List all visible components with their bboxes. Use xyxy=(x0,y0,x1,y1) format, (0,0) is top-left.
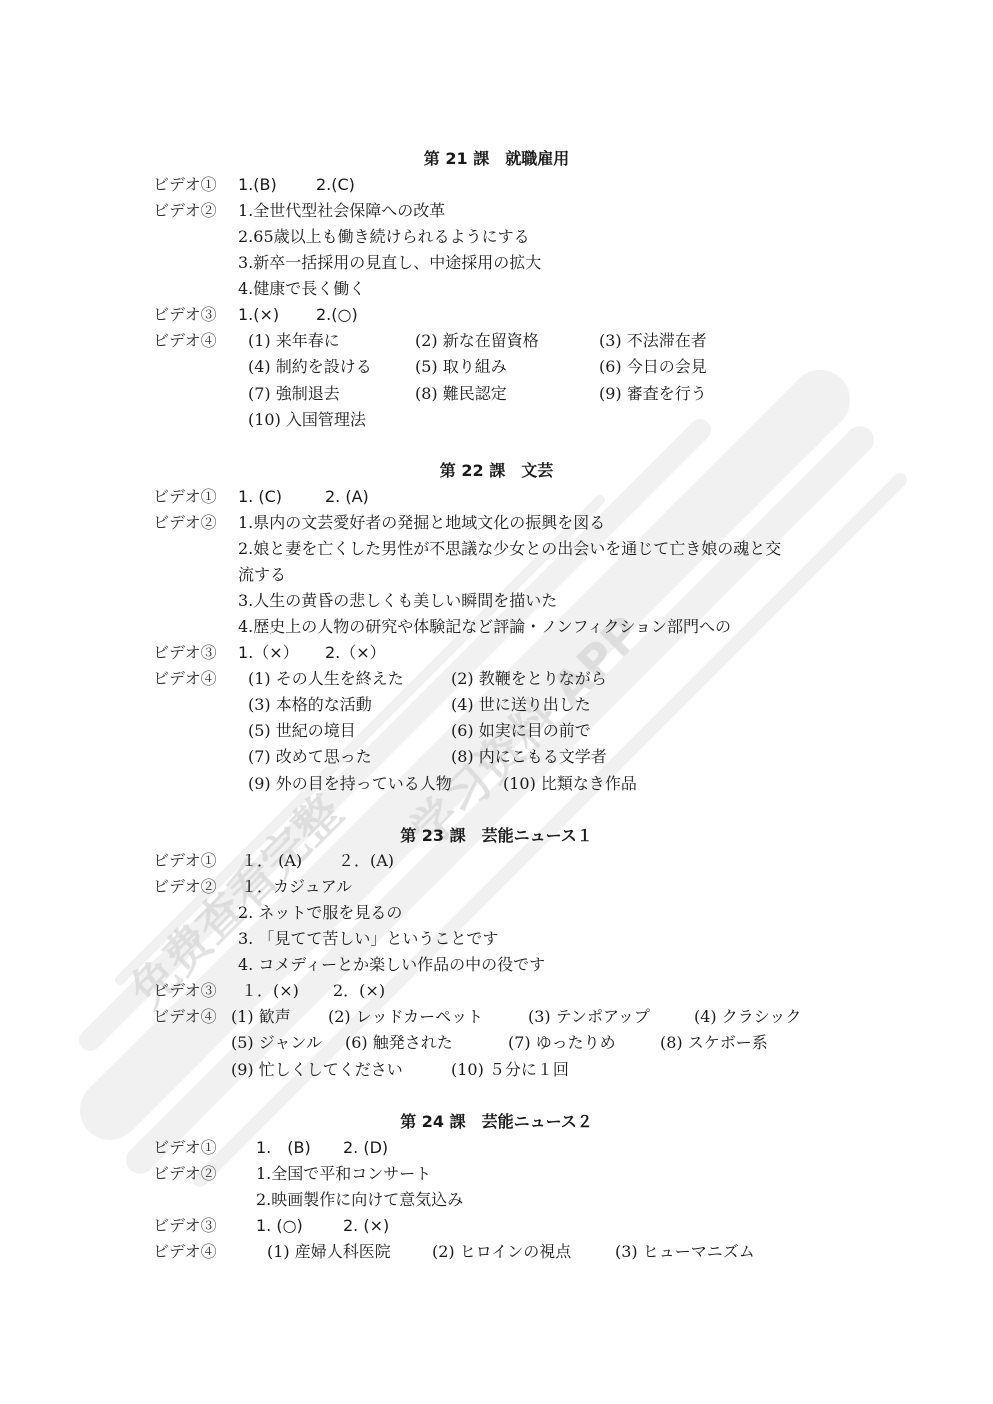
answer: １． (A) xyxy=(241,850,302,872)
answer: 2. (D) xyxy=(343,1137,388,1159)
vocab-item: (6) 今日の会見 xyxy=(599,356,707,378)
answer-item: 3.新卒一括採用の見直し、中途採用の拡大 xyxy=(238,252,541,274)
vocab-item: (7) ゆったりめ xyxy=(508,1032,616,1054)
lesson-number: 第 22 課 xyxy=(440,461,505,480)
answer: 1.(×) xyxy=(238,304,279,326)
vocab-item: (5) ジャンル xyxy=(231,1032,322,1054)
vocab-item: (1) 来年春に xyxy=(248,330,340,352)
answer-item-wrap: 流する xyxy=(238,564,286,586)
vocab-item: (7) 改めて思った xyxy=(248,746,372,768)
vocab-item: (6) 触発された xyxy=(345,1032,453,1054)
answer: 1. (○) xyxy=(256,1215,303,1237)
vocab-item: (2) 教鞭をとりながら xyxy=(451,668,607,690)
answer-item: 3.人生の黄昏の悲しくも美しい瞬間を描いた xyxy=(238,590,557,612)
answer-item: 2.娘と妻を亡くした男性が不思議な少女との出会いを通じて亡き娘の魂と交 xyxy=(238,538,781,560)
answer-item: １．カジュアル xyxy=(241,876,352,898)
video-label: ビデオ④ xyxy=(153,668,217,690)
lesson-title: 第 24 課芸能ニュース２ xyxy=(0,1112,993,1132)
answer-item: 1.全国で平和コンサート xyxy=(256,1163,431,1185)
video-label: ビデオ② xyxy=(153,1163,217,1185)
vocab-item: (8) 内にこもる文学者 xyxy=(451,746,607,768)
video-label: ビデオ① xyxy=(153,850,217,872)
lesson-title: 第 21 課就職雇用 xyxy=(0,149,993,169)
lesson-title: 第 22 課文芸 xyxy=(0,461,993,481)
vocab-item: (3) 本格的な活動 xyxy=(248,694,372,716)
answer: 2. (×) xyxy=(343,1215,389,1237)
vocab-item: (3) 不法滞在者 xyxy=(599,330,707,352)
answer: 2. (A) xyxy=(325,486,369,508)
answer-item: 2.映画製作に向けて意気込み xyxy=(256,1189,463,1211)
vocab-item: (10) 比類なき作品 xyxy=(503,773,637,795)
video-label: ビデオ④ xyxy=(153,330,217,352)
answer-item: 4. コメディーとか楽しい作品の中の役です xyxy=(238,954,545,976)
answer: 2.（×） xyxy=(325,642,386,664)
answer-item: 1.全世代型社会保障への改革 xyxy=(238,200,445,222)
vocab-item: (8) スケボー系 xyxy=(660,1032,768,1054)
vocab-item: (2) 新な在留資格 xyxy=(415,330,539,352)
answer-item: 4.歴史上の人物の研究や体験記など評論・ノンフィクション部門への xyxy=(238,616,731,638)
answer: 1.（×） xyxy=(238,642,299,664)
answer: ２．(A) xyxy=(338,850,394,872)
vocab-item: (3) テンポアップ xyxy=(528,1006,650,1028)
vocab-item: (4) 制約を設ける xyxy=(248,356,372,378)
video-label: ビデオ③ xyxy=(153,1215,217,1237)
video-label: ビデオ③ xyxy=(153,304,217,326)
answer-item: 4.健康で長く働く xyxy=(238,278,365,300)
video-label: ビデオ① xyxy=(153,174,217,196)
video-label: ビデオ③ xyxy=(153,642,217,664)
vocab-item: (5) 取り組み xyxy=(415,356,507,378)
lesson-name: 就職雇用 xyxy=(505,149,569,168)
video-label: ビデオ② xyxy=(153,876,217,898)
vocab-item: (7) 強制退去 xyxy=(248,383,340,405)
answer-item: 2. ネットで服を見るの xyxy=(238,902,402,924)
vocab-item: (8) 難民認定 xyxy=(415,383,507,405)
lesson-number: 第 24 課 xyxy=(400,1112,465,1131)
lesson-number: 第 21 課 xyxy=(424,149,489,168)
vocab-item: (9) 審査を行う xyxy=(599,383,707,405)
answer-item: 3. 「見てて苦しい」ということです xyxy=(238,928,498,950)
answer-item: 2.65歳以上も働き続けられるようにする xyxy=(238,226,530,248)
video-label: ビデオ① xyxy=(153,486,217,508)
answer: 2．(×) xyxy=(333,980,385,1002)
video-label: ビデオ② xyxy=(153,200,217,222)
vocab-item: (3) ヒューマニズム xyxy=(615,1241,755,1263)
vocab-item: (9) 忙しくしてください xyxy=(231,1059,403,1081)
lesson-name: 文芸 xyxy=(521,461,553,480)
answer: 2.(○) xyxy=(316,304,358,326)
lesson-title: 第 23 課芸能ニュース１ xyxy=(0,826,993,846)
lesson-name: 芸能ニュース２ xyxy=(482,1112,593,1131)
vocab-item: (5) 世紀の境目 xyxy=(248,720,356,742)
vocab-item: (2) レッドカーペット xyxy=(328,1006,483,1028)
vocab-item: (1) 産婦人科医院 xyxy=(267,1241,391,1263)
document-page: 第 21 課就職雇用 ビデオ① 1.(B) 2.(C) ビデオ② 1.全世代型社… xyxy=(0,0,993,1404)
vocab-item: (4) 世に送り出した xyxy=(451,694,591,716)
vocab-item: (2) ヒロインの視点 xyxy=(432,1241,571,1263)
vocab-item: (1) 歓声 xyxy=(231,1006,291,1028)
video-label: ビデオ② xyxy=(153,512,217,534)
vocab-item: (10) 入国管理法 xyxy=(248,409,366,431)
video-label: ビデオ④ xyxy=(153,1006,217,1028)
lesson-number: 第 23 課 xyxy=(400,826,465,845)
answer: 2.(C) xyxy=(316,174,355,196)
video-label: ビデオ④ xyxy=(153,1241,217,1263)
lesson-name: 芸能ニュース１ xyxy=(482,826,593,845)
vocab-item: (9) 外の目を持っている人物 xyxy=(248,773,452,795)
vocab-item: (1) その人生を終えた xyxy=(248,668,404,690)
vocab-item: (4) クラシック xyxy=(694,1006,801,1028)
answer: 1. (C) xyxy=(238,486,282,508)
video-label: ビデオ③ xyxy=(153,980,217,1002)
vocab-item: (10) ５分に１回 xyxy=(451,1059,569,1081)
answer: 1. (B) xyxy=(256,1137,311,1159)
answer-item: 1.県内の文芸愛好者の発掘と地域文化の振興を図る xyxy=(238,512,605,534)
vocab-item: (6) 如実に目の前で xyxy=(451,720,591,742)
video-label: ビデオ① xyxy=(153,1137,217,1159)
answer: 1.(B) xyxy=(238,174,277,196)
answer: １．(×) xyxy=(241,980,299,1002)
